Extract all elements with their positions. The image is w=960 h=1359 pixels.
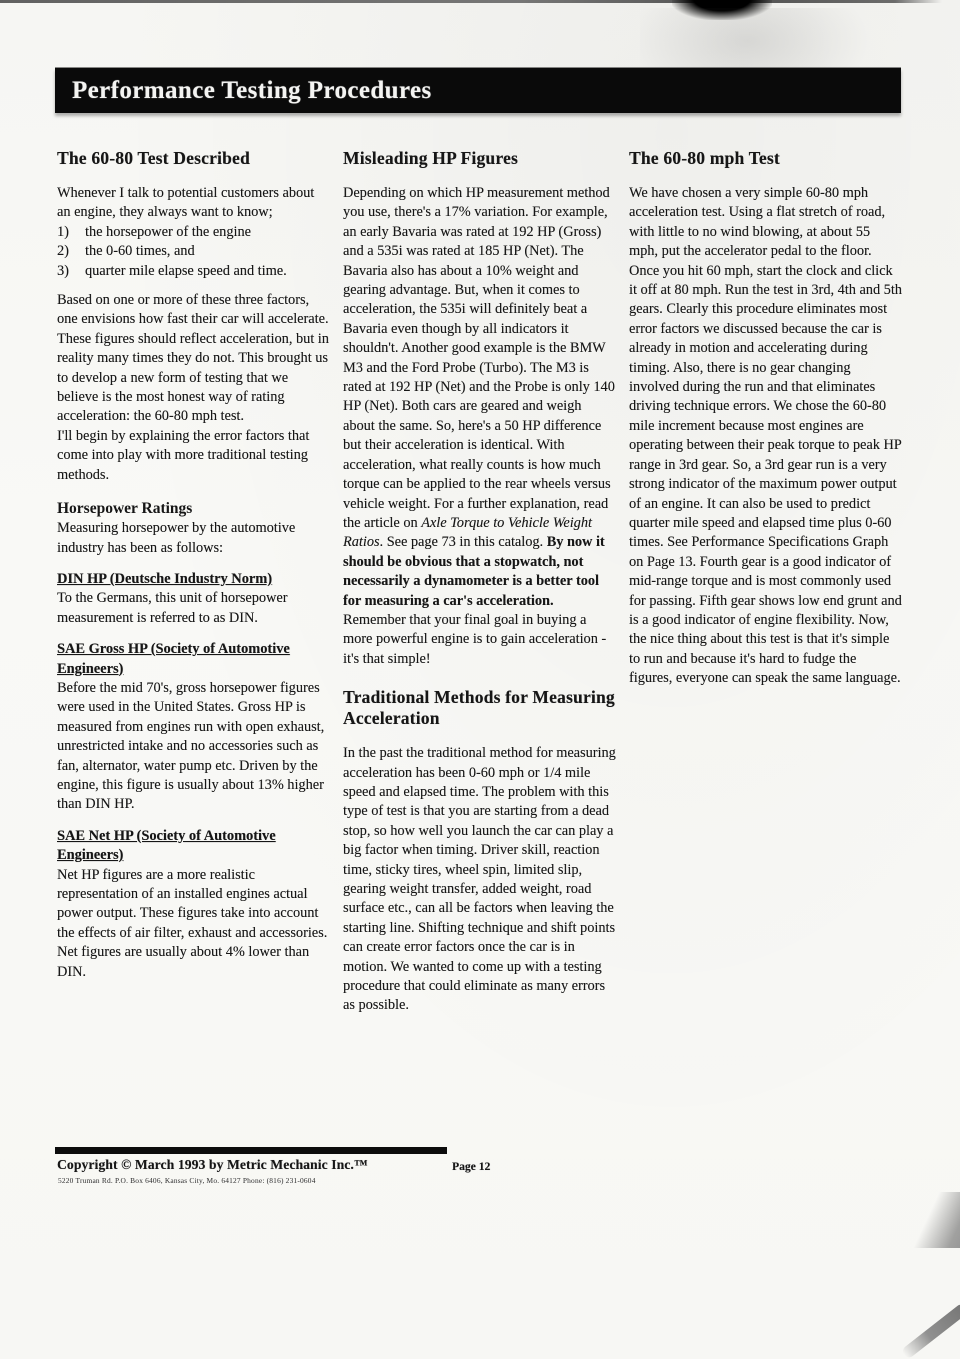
paragraph-based-on-factors: Based on one or more of these three fact… [57, 291, 330, 427]
list-item-text: the 0-60 times, and [85, 242, 330, 261]
subheading-din-hp: DIN HP (Deutsche Industry Norm) [57, 570, 330, 589]
paragraph-hp-variation: Depending on which HP measurement method… [343, 184, 616, 669]
list-item-number: 1) [57, 223, 85, 242]
paragraph-error-factors: I'll begin by explaining the error facto… [57, 427, 330, 485]
column-3: The 60-80 mph Test We have chosen a very… [629, 148, 902, 1026]
numbered-list: 1) the horsepower of the engine 2) the 0… [57, 223, 330, 281]
list-item: 2) the 0-60 times, and [57, 242, 330, 261]
paragraph-intro: Whenever I talk to potential customers a… [57, 184, 330, 223]
scanned-page: Performance Testing Procedures The 60-80… [0, 0, 960, 1359]
page-header-bar: Performance Testing Procedures [55, 68, 901, 113]
scan-artifact-top-line [0, 0, 942, 3]
list-item-text: quarter mile elapse speed and time. [85, 262, 330, 281]
column-2: Misleading HP Figures Depending on which… [343, 148, 616, 1026]
article-columns: The 60-80 Test Described Whenever I talk… [57, 148, 903, 1026]
paragraph-segment: . See page 73 in this catalog. [380, 534, 547, 550]
footer-copyright: Copyright © March 1993 by Metric Mechani… [57, 1157, 368, 1173]
heading-traditional-methods: Traditional Methods for Measuring Accele… [343, 687, 616, 729]
paragraph-hp-intro: Measuring horsepower by the automotive i… [57, 519, 330, 558]
scan-artifact-corner-mark [901, 1302, 960, 1359]
list-item-text: the horsepower of the engine [85, 223, 330, 242]
footer-page-number: Page 12 [452, 1160, 490, 1173]
heading-60-80-mph-test: The 60-80 mph Test [629, 148, 902, 169]
paragraph-sae-net: Net HP figures are a more realistic repr… [57, 866, 330, 982]
subheading-sae-net-hp: SAE Net HP (Society of Automotive Engine… [57, 827, 330, 866]
heading-60-80-test-described: The 60-80 Test Described [57, 148, 330, 169]
list-item-number: 2) [57, 242, 85, 261]
list-item-number: 3) [57, 262, 85, 281]
paragraph-segment: Remember that your final goal in buying … [343, 612, 606, 667]
paragraph-din: To the Germans, this unit of horsepower … [57, 589, 330, 628]
paragraph-segment: Depending on which HP measurement method… [343, 185, 615, 531]
page-title: Performance Testing Procedures [55, 77, 432, 105]
footer-divider-rule [55, 1147, 447, 1154]
heading-misleading-hp-figures: Misleading HP Figures [343, 148, 616, 169]
paragraph-60-80-test: We have chosen a very simple 60-80 mph a… [629, 184, 902, 689]
footer-address: 5220 Truman Rd. P.O. Box 6406, Kansas Ci… [58, 1176, 316, 1185]
paragraph-sae-gross: Before the mid 70's, gross horsepower fi… [57, 679, 330, 815]
heading-horsepower-ratings: Horsepower Ratings [57, 499, 330, 518]
column-1: The 60-80 Test Described Whenever I talk… [57, 148, 330, 1026]
list-item: 3) quarter mile elapse speed and time. [57, 262, 330, 281]
scan-artifact-right-shadow [908, 1192, 960, 1248]
paragraph-traditional-methods: In the past the traditional method for m… [343, 744, 616, 1016]
list-item: 1) the horsepower of the engine [57, 223, 330, 242]
subheading-sae-gross-hp: SAE Gross HP (Society of Automotive Engi… [57, 640, 330, 679]
